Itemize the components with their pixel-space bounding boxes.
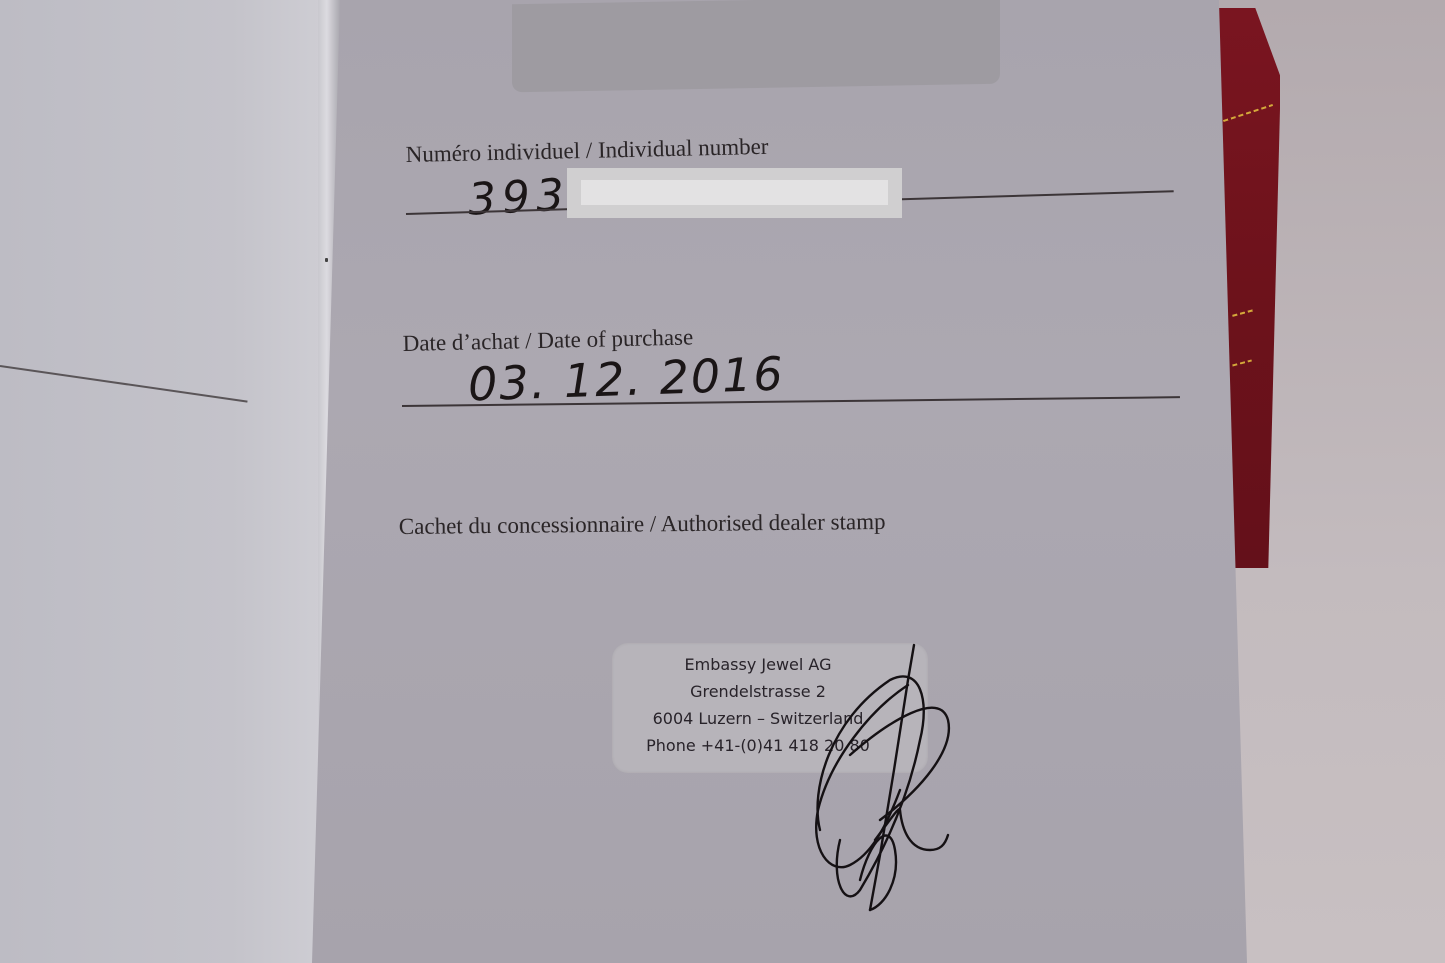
redaction-inner — [581, 180, 888, 205]
redaction-box — [567, 168, 902, 218]
left-booklet-page — [0, 0, 330, 963]
spine-mark — [325, 258, 328, 262]
dealer-stamp-label: Cachet du concessionnaire / Authorised d… — [399, 509, 886, 540]
individual-number-value: 393 — [467, 169, 572, 225]
photo-scene: Numéro individuel / Individual number 39… — [0, 0, 1445, 963]
card-window-cutout — [512, 0, 1000, 92]
left-page-rule — [0, 365, 248, 403]
handwritten-signature — [790, 640, 960, 920]
